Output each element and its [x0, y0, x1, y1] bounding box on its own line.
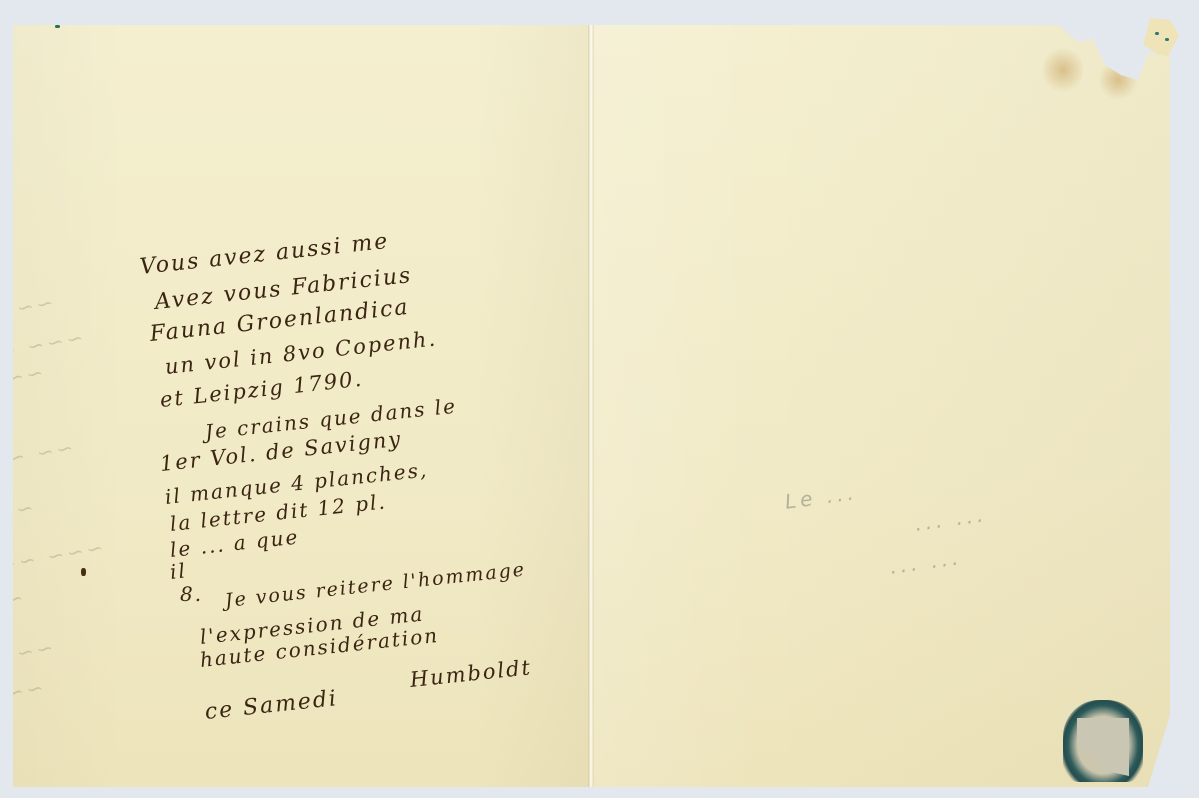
text-line: il — [169, 558, 188, 584]
text-line: Je vous reitere l'hommage — [224, 558, 527, 611]
handwritten-text: Vous avez aussi me Avez vous Fabricius F… — [0, 0, 1199, 798]
closing-day: ce Samedi — [204, 686, 339, 725]
signature: Humboldt — [409, 655, 533, 692]
document-scan: ~~ ~~~ ~~~~ ~~~ ~~ ~~ ~~~ ~~~~ ~~ ~~ ~~ … — [0, 0, 1199, 798]
text-line: 8. — [180, 582, 203, 606]
